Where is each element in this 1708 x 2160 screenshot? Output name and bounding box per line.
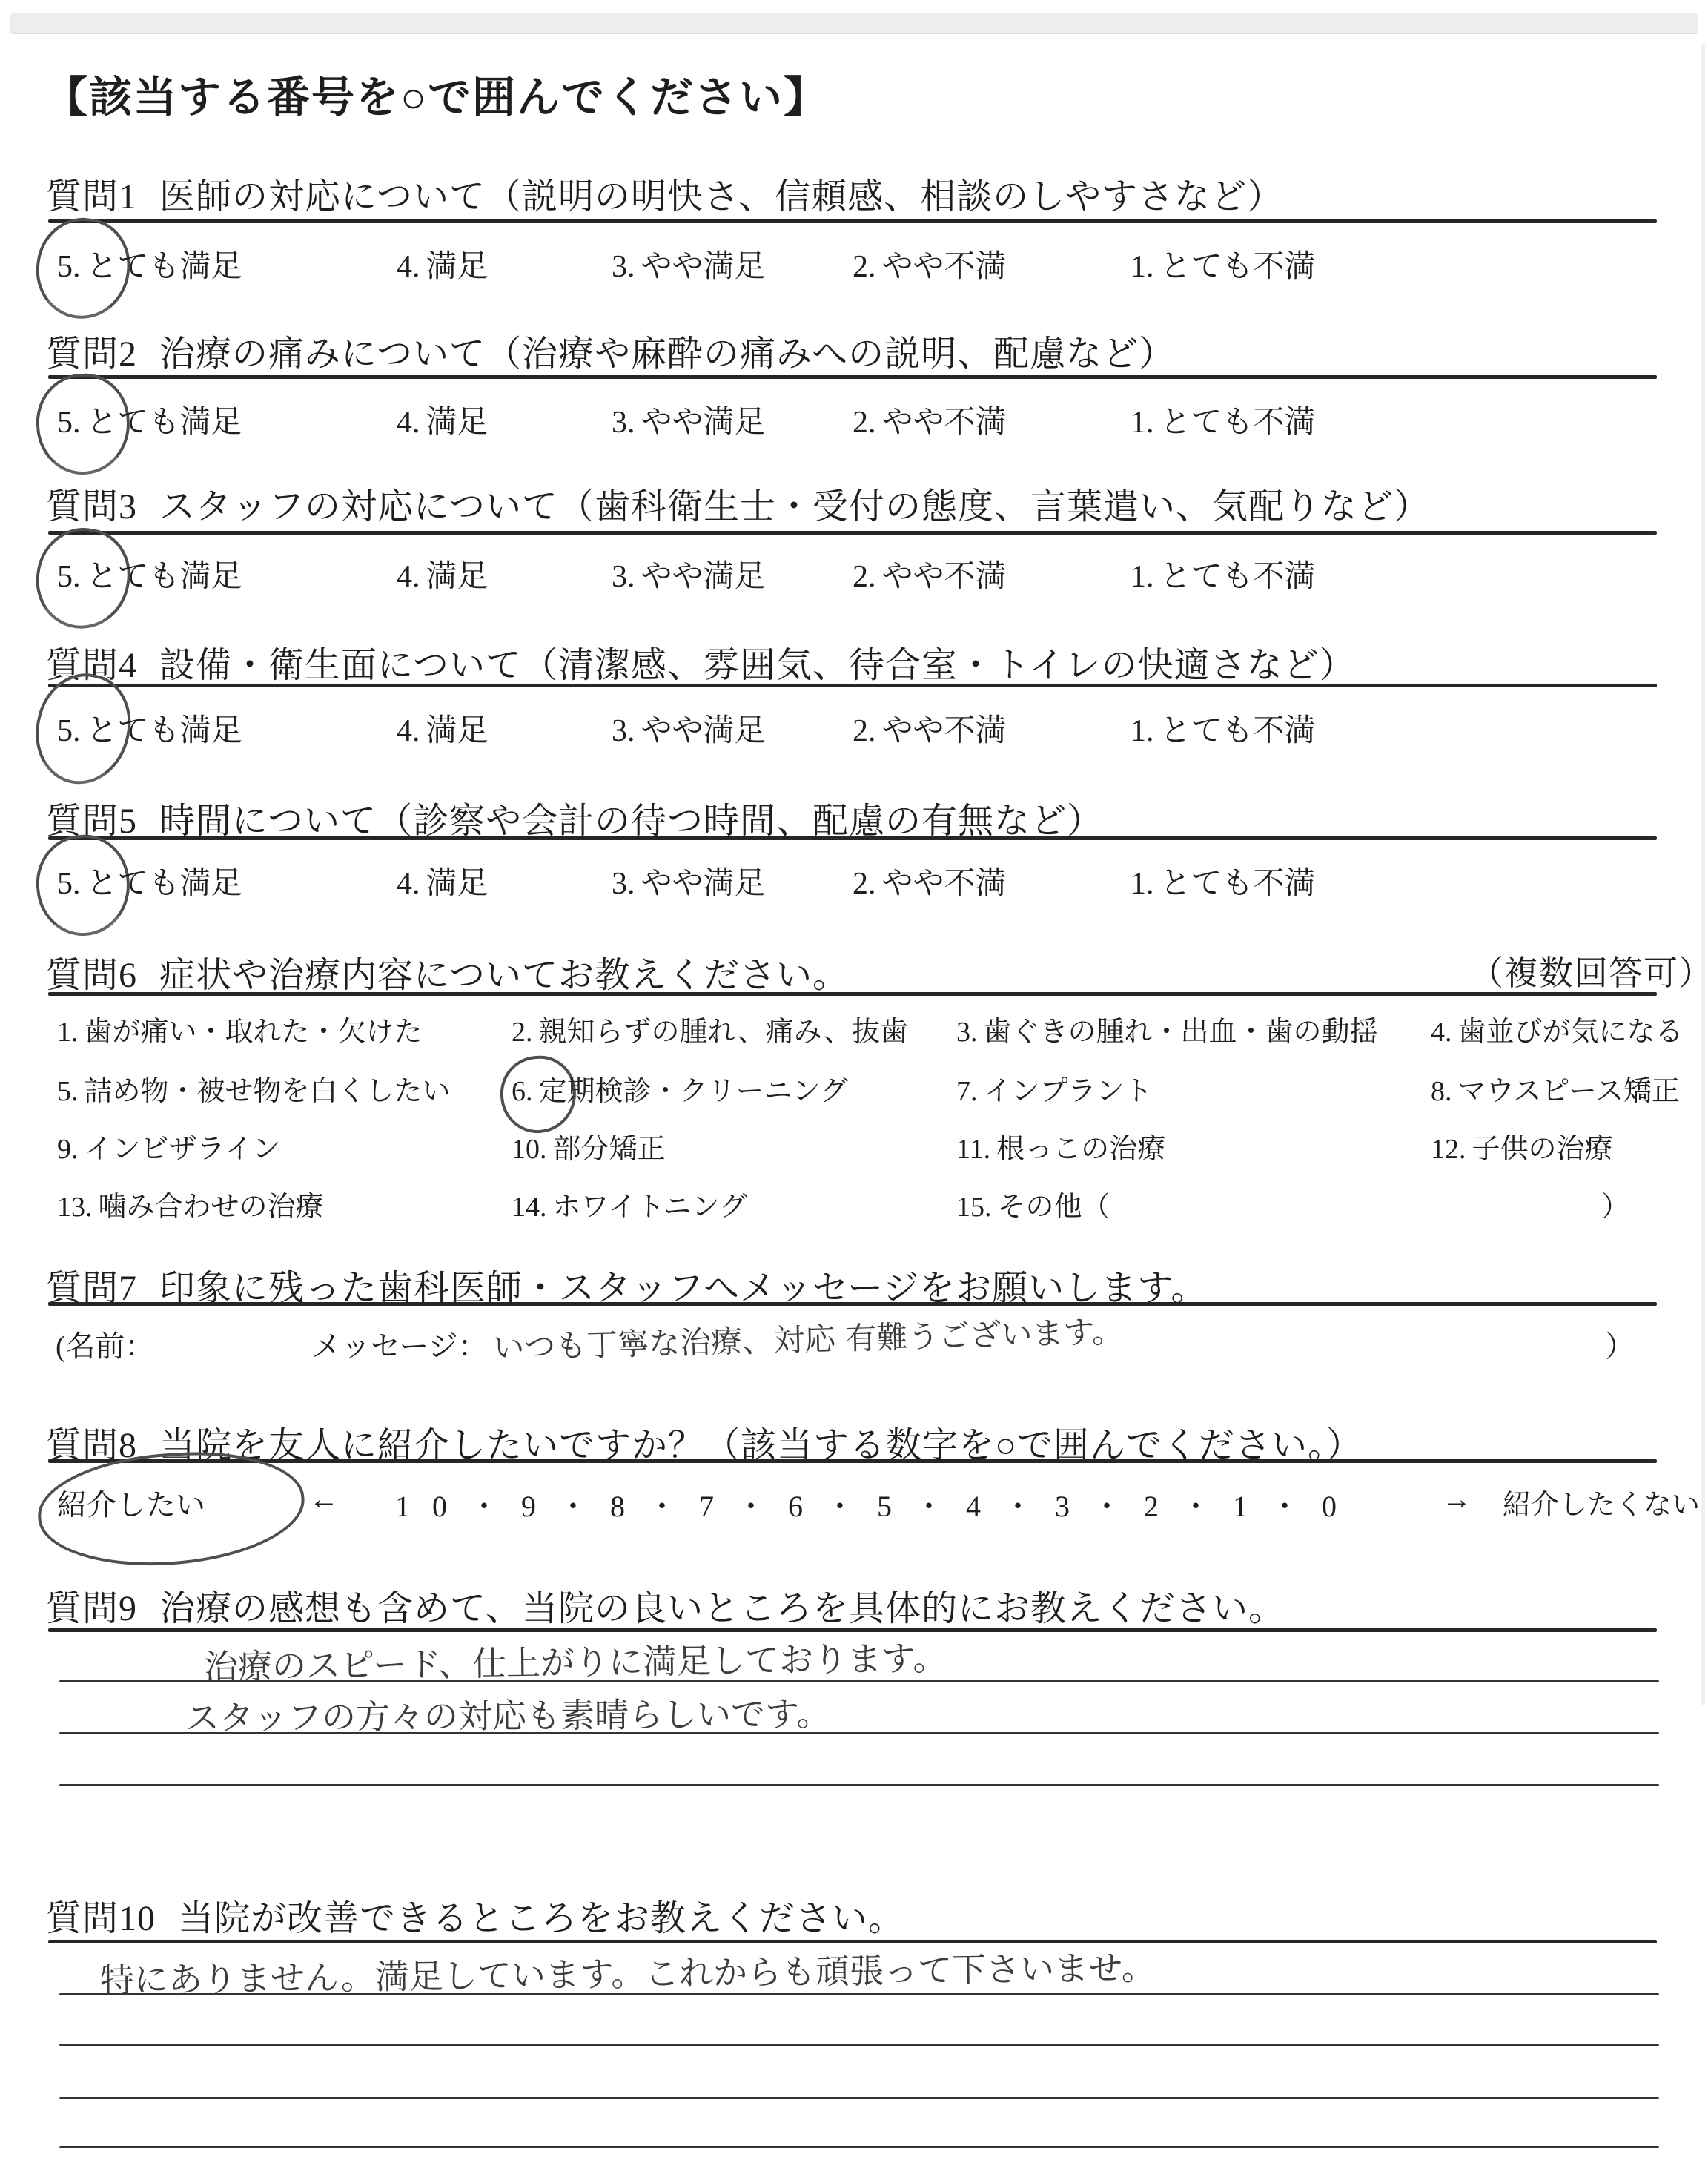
symptom-option-11: 11.根っこの治療	[956, 1126, 1165, 1166]
survey-page: 【該当する番号を○で囲んでください】 質問1医師の対応について（説明の明快さ、信…	[0, 0, 1708, 2160]
rating-option-4: 4.満足	[397, 859, 489, 903]
question-title: 設備・衛生面について（清潔感、雰囲気、待合室・トイレの快適さなど）	[159, 646, 1356, 685]
question-4-header: 質問4設備・衛生面について（清潔感、雰囲気、待合室・トイレの快適さなど）	[46, 636, 1356, 687]
rating-option-5: 5.とても満足	[57, 859, 242, 903]
scan-artifact-right	[1701, 44, 1705, 1705]
symptom-option-13: 13.噛み合わせの治療	[57, 1183, 324, 1224]
rating-option-2: 2.やや不満	[853, 859, 1007, 903]
answer-line	[59, 1784, 1659, 1786]
divider-line	[48, 219, 1657, 223]
rating-option-1: 1.とても不満	[1131, 397, 1316, 442]
message-field-label: メッセージ：	[311, 1323, 488, 1365]
scale-left-label: 紹介したい	[57, 1482, 205, 1524]
divider-line	[48, 531, 1657, 535]
rating-row-q2: 5.とても満足 4.満足 3.やや満足 2.やや不満 1.とても不満	[48, 390, 1657, 443]
rating-option-4: 4.満足	[397, 397, 489, 442]
right-arrow-icon: →	[1442, 1482, 1472, 1516]
answer-line	[59, 1732, 1659, 1734]
symptom-option-6: 6.定期検診・クリーニング	[512, 1068, 848, 1109]
scan-artifact-top	[10, 13, 1698, 34]
question-title: 当院が改善できるところをお教えください。	[178, 1899, 904, 1938]
rating-option-2: 2.やや不満	[853, 552, 1007, 596]
question-title: 治療の感想も含めて、当院の良いところを具体的にお教えください。	[159, 1589, 1285, 1628]
rating-row-q5: 5.とても満足 4.満足 3.やや満足 2.やや不満 1.とても不満	[48, 851, 1657, 905]
question-2-header: 質問2治療の痛みについて（治療や麻酔の痛みへの説明、配慮など）	[46, 325, 1175, 376]
divider-line	[48, 375, 1657, 379]
rating-option-5: 5.とても満足	[57, 397, 242, 442]
rating-option-3: 3.やや満足	[612, 552, 766, 596]
symptom-option-7: 7.インプラント	[956, 1068, 1153, 1109]
question-1-header: 質問1医師の対応について（説明の明快さ、信頼感、相談のしやすさなど）	[46, 168, 1283, 219]
rating-option-3: 3.やや満足	[612, 397, 766, 442]
left-arrow-icon: ←	[309, 1482, 339, 1516]
symptom-option-1: 1.歯が痛い・取れた・欠けた	[57, 1008, 423, 1049]
scale-right-label: 紹介したくない	[1503, 1482, 1700, 1522]
divider-line	[48, 684, 1657, 687]
page-title: 【該当する番号を○で囲んでください】	[44, 62, 828, 125]
rating-row-q3: 5.とても満足 4.満足 3.やや満足 2.やや不満 1.とても不満	[48, 544, 1657, 598]
rating-option-1: 1.とても不満	[1131, 552, 1316, 596]
question-6-header: 質問6症状や治療内容についてお教えください。 （複数回答可）	[46, 946, 849, 997]
rating-option-1: 1.とても不満	[1131, 242, 1316, 286]
symptom-option-3: 3.歯ぐきの腫れ・出血・歯の動揺	[956, 1008, 1378, 1049]
symptom-row-3: 9.インビザライン 10.部分矯正 11.根っこの治療 12.子供の治療	[48, 1126, 1657, 1170]
rating-option-3: 3.やや満足	[612, 859, 766, 903]
nps-scale-numbers: 10・9・8・7・6・5・4・3・2・1・0	[395, 1483, 1359, 1525]
question-5-header: 質問5時間について（診察や会計の待つ時間、配慮の有無など）	[46, 792, 1103, 843]
answer-line	[59, 1993, 1659, 1995]
symptom-option-4: 4.歯並びが気になる	[1431, 1008, 1684, 1049]
question-number: 質問1	[46, 177, 137, 217]
field-close-paren: ）	[1605, 1323, 1635, 1365]
answer-line	[59, 2097, 1659, 2099]
question-number: 質問3	[46, 487, 137, 526]
symptom-option-5: 5.詰め物・被せ物を白くしたい	[57, 1068, 451, 1109]
answer-line	[59, 2044, 1659, 2046]
question-10-header: 質問10当院が改善できるところをお教えください。	[46, 1889, 904, 1941]
rating-option-5: 5.とても満足	[57, 242, 242, 286]
question-title: 症状や治療内容についてお教えください。	[159, 956, 849, 995]
rating-option-5: 5.とても満足	[57, 552, 242, 596]
question-3-header: 質問3スタッフの対応について（歯科衛生士・受付の態度、言葉遣い、気配りなど）	[46, 478, 1430, 529]
rating-option-1: 1.とても不満	[1131, 859, 1316, 903]
rating-option-1: 1.とても不満	[1131, 706, 1316, 750]
name-field-label: (名前：	[56, 1323, 154, 1365]
other-close-paren: ）	[1601, 1183, 1629, 1224]
message-field-row: (名前： メッセージ： いつも丁寧な治療、対応 有難うございます。 ）	[48, 1317, 1657, 1369]
rating-option-2: 2.やや不満	[853, 706, 1007, 750]
rating-row-q4: 5.とても満足 4.満足 3.やや満足 2.やや不満 1.とても不満	[48, 698, 1657, 752]
divider-line	[48, 836, 1657, 840]
question-title: 治療の痛みについて（治療や麻酔の痛みへの説明、配慮など）	[159, 334, 1175, 374]
answer-line	[59, 2146, 1659, 2148]
divider-line	[48, 1459, 1657, 1463]
rating-option-3: 3.やや満足	[612, 706, 766, 750]
rating-option-5: 5.とても満足	[57, 706, 242, 750]
answer-line	[48, 1628, 1657, 1632]
question-title: スタッフの対応について（歯科衛生士・受付の態度、言葉遣い、気配りなど）	[159, 487, 1430, 526]
symptom-row-1: 1.歯が痛い・取れた・欠けた 2.親知らずの腫れ、痛み、抜歯 3.歯ぐきの腫れ・…	[48, 1008, 1657, 1053]
symptom-row-2: 5.詰め物・被せ物を白くしたい 6.定期検診・クリーニング 7.インプラント 8…	[48, 1068, 1657, 1112]
question-title: 医師の対応について（説明の明快さ、信頼感、相談のしやすさなど）	[159, 177, 1283, 217]
symptom-option-14: 14.ホワイトニング	[512, 1183, 747, 1224]
symptom-row-4: 13.噛み合わせの治療 14.ホワイトニング 15.その他（ ）	[48, 1183, 1657, 1228]
rating-option-4: 4.満足	[397, 242, 489, 286]
rating-option-3: 3.やや満足	[612, 242, 766, 286]
question-9-header: 質問9治療の感想も含めて、当院の良いところを具体的にお教えください。	[46, 1579, 1285, 1631]
question-number: 質問10	[46, 1899, 156, 1938]
nps-scale-row: 紹介したい ← 10・9・8・7・6・5・4・3・2・1・0 → 紹介したくない	[48, 1476, 1657, 1535]
symptom-option-2: 2.親知らずの腫れ、痛み、抜歯	[512, 1008, 908, 1049]
rating-option-2: 2.やや不満	[853, 242, 1007, 286]
multi-answer-note: （複数回答可）	[1469, 946, 1708, 995]
handwritten-message: いつも丁寧な治療、対応 有難うございます。	[492, 1307, 1123, 1368]
divider-line	[48, 992, 1657, 996]
symptom-option-9: 9.インビザライン	[57, 1126, 280, 1166]
question-number: 質問6	[46, 956, 137, 995]
rating-option-4: 4.満足	[397, 552, 489, 596]
rating-option-2: 2.やや不満	[853, 397, 1007, 442]
rating-option-4: 4.満足	[397, 706, 489, 750]
symptom-option-10: 10.部分矯正	[512, 1126, 666, 1166]
answer-line	[59, 1680, 1659, 1682]
symptom-option-8: 8.マウスピース矯正	[1431, 1068, 1680, 1109]
answer-line	[48, 1940, 1657, 1943]
question-number: 質問9	[46, 1589, 137, 1628]
question-title: 時間について（診察や会計の待つ時間、配慮の有無など）	[159, 802, 1103, 841]
symptom-option-12: 12.子供の治療	[1431, 1126, 1613, 1166]
divider-line	[48, 1302, 1657, 1306]
symptom-option-15: 15.その他（	[956, 1183, 1110, 1224]
rating-row-q1: 5.とても満足 4.満足 3.やや満足 2.やや不満 1.とても不満	[48, 234, 1657, 288]
question-number: 質問2	[46, 334, 137, 374]
